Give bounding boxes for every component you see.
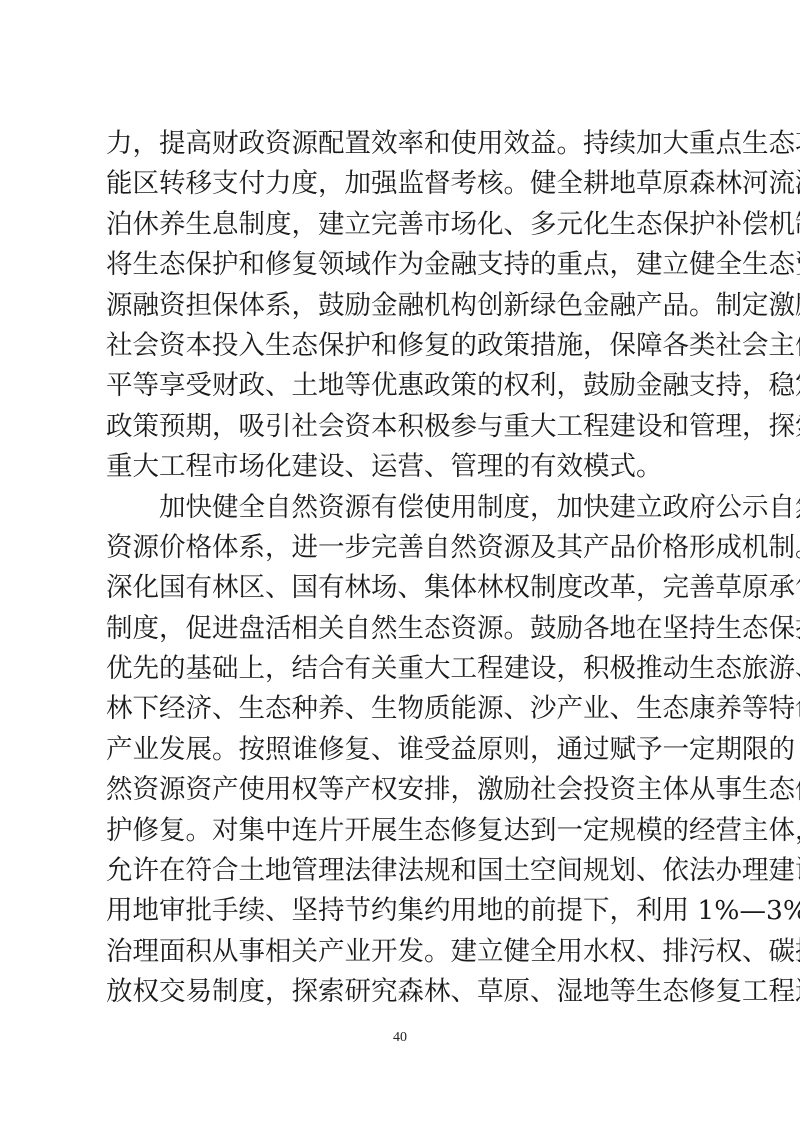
paragraph-1: 力，提高财政资源配置效率和使用效益。持续加大重点生态功 能区转移支付力度，加强监… — [106, 124, 700, 488]
text-line: 能区转移支付力度，加强监督考核。健全耕地草原森林河流湖 — [106, 164, 700, 204]
text-line: 制度，促进盘活相关自然生态资源。鼓励各地在坚持生态保护 — [106, 609, 700, 649]
text-line: 林下经济、生态种养、生物质能源、沙产业、生态康养等特色 — [106, 689, 700, 729]
text-line: 护修复。对集中连片开展生态修复达到一定规模的经营主体， — [106, 811, 700, 851]
text-line: 深化国有林区、国有林场、集体林权制度改革，完善草原承包 — [106, 568, 700, 608]
text-line: 平等享受财政、土地等优惠政策的权利，鼓励金融支持，稳定 — [106, 366, 700, 406]
text-line: 泊休养生息制度，建立完善市场化、多元化生态保护补偿机制。 — [106, 205, 700, 245]
text-line: 放权交易制度，探索研究森林、草原、湿地等生态修复工程通 — [106, 972, 700, 1012]
text-line: 治理面积从事相关产业开发。建立健全用水权、排污权、碳排 — [106, 932, 700, 972]
paragraph-2: 加快健全自然资源有偿使用制度，加快建立政府公示自然 资源价格体系，进一步完善自然… — [106, 488, 700, 1013]
text-line: 力，提高财政资源配置效率和使用效益。持续加大重点生态功 — [106, 124, 700, 164]
text-line: 政策预期，吸引社会资本积极参与重大工程建设和管理，探索 — [106, 407, 700, 447]
text-line: 用地审批手续、坚持节约集约用地的前提下，利用 1%—3%的 — [106, 891, 700, 931]
text-line: 社会资本投入生态保护和修复的政策措施，保障各类社会主体 — [106, 326, 700, 366]
text-line: 重大工程市场化建设、运营、管理的有效模式。 — [106, 447, 700, 487]
text-line: 优先的基础上，结合有关重大工程建设，积极推动生态旅游、 — [106, 649, 700, 689]
page-number: 40 — [0, 1030, 800, 1046]
text-line: 产业发展。按照谁修复、谁受益原则，通过赋予一定期限的自 — [106, 730, 700, 770]
text-line: 资源价格体系，进一步完善自然资源及其产品价格形成机制。 — [106, 528, 700, 568]
document-page: 力，提高财政资源配置效率和使用效益。持续加大重点生态功 能区转移支付力度，加强监… — [0, 0, 800, 1131]
text-line: 将生态保护和修复领域作为金融支持的重点，建立健全生态资 — [106, 245, 700, 285]
text-line: 允许在符合土地管理法律法规和国土空间规划、依法办理建设 — [106, 851, 700, 891]
text-line: 加快健全自然资源有偿使用制度，加快建立政府公示自然 — [106, 488, 700, 528]
text-line: 然资源资产使用权等产权安排，激励社会投资主体从事生态保 — [106, 770, 700, 810]
text-line: 源融资担保体系，鼓励金融机构创新绿色金融产品。制定激励 — [106, 286, 700, 326]
body-text: 力，提高财政资源配置效率和使用效益。持续加大重点生态功 能区转移支付力度，加强监… — [106, 124, 700, 1013]
